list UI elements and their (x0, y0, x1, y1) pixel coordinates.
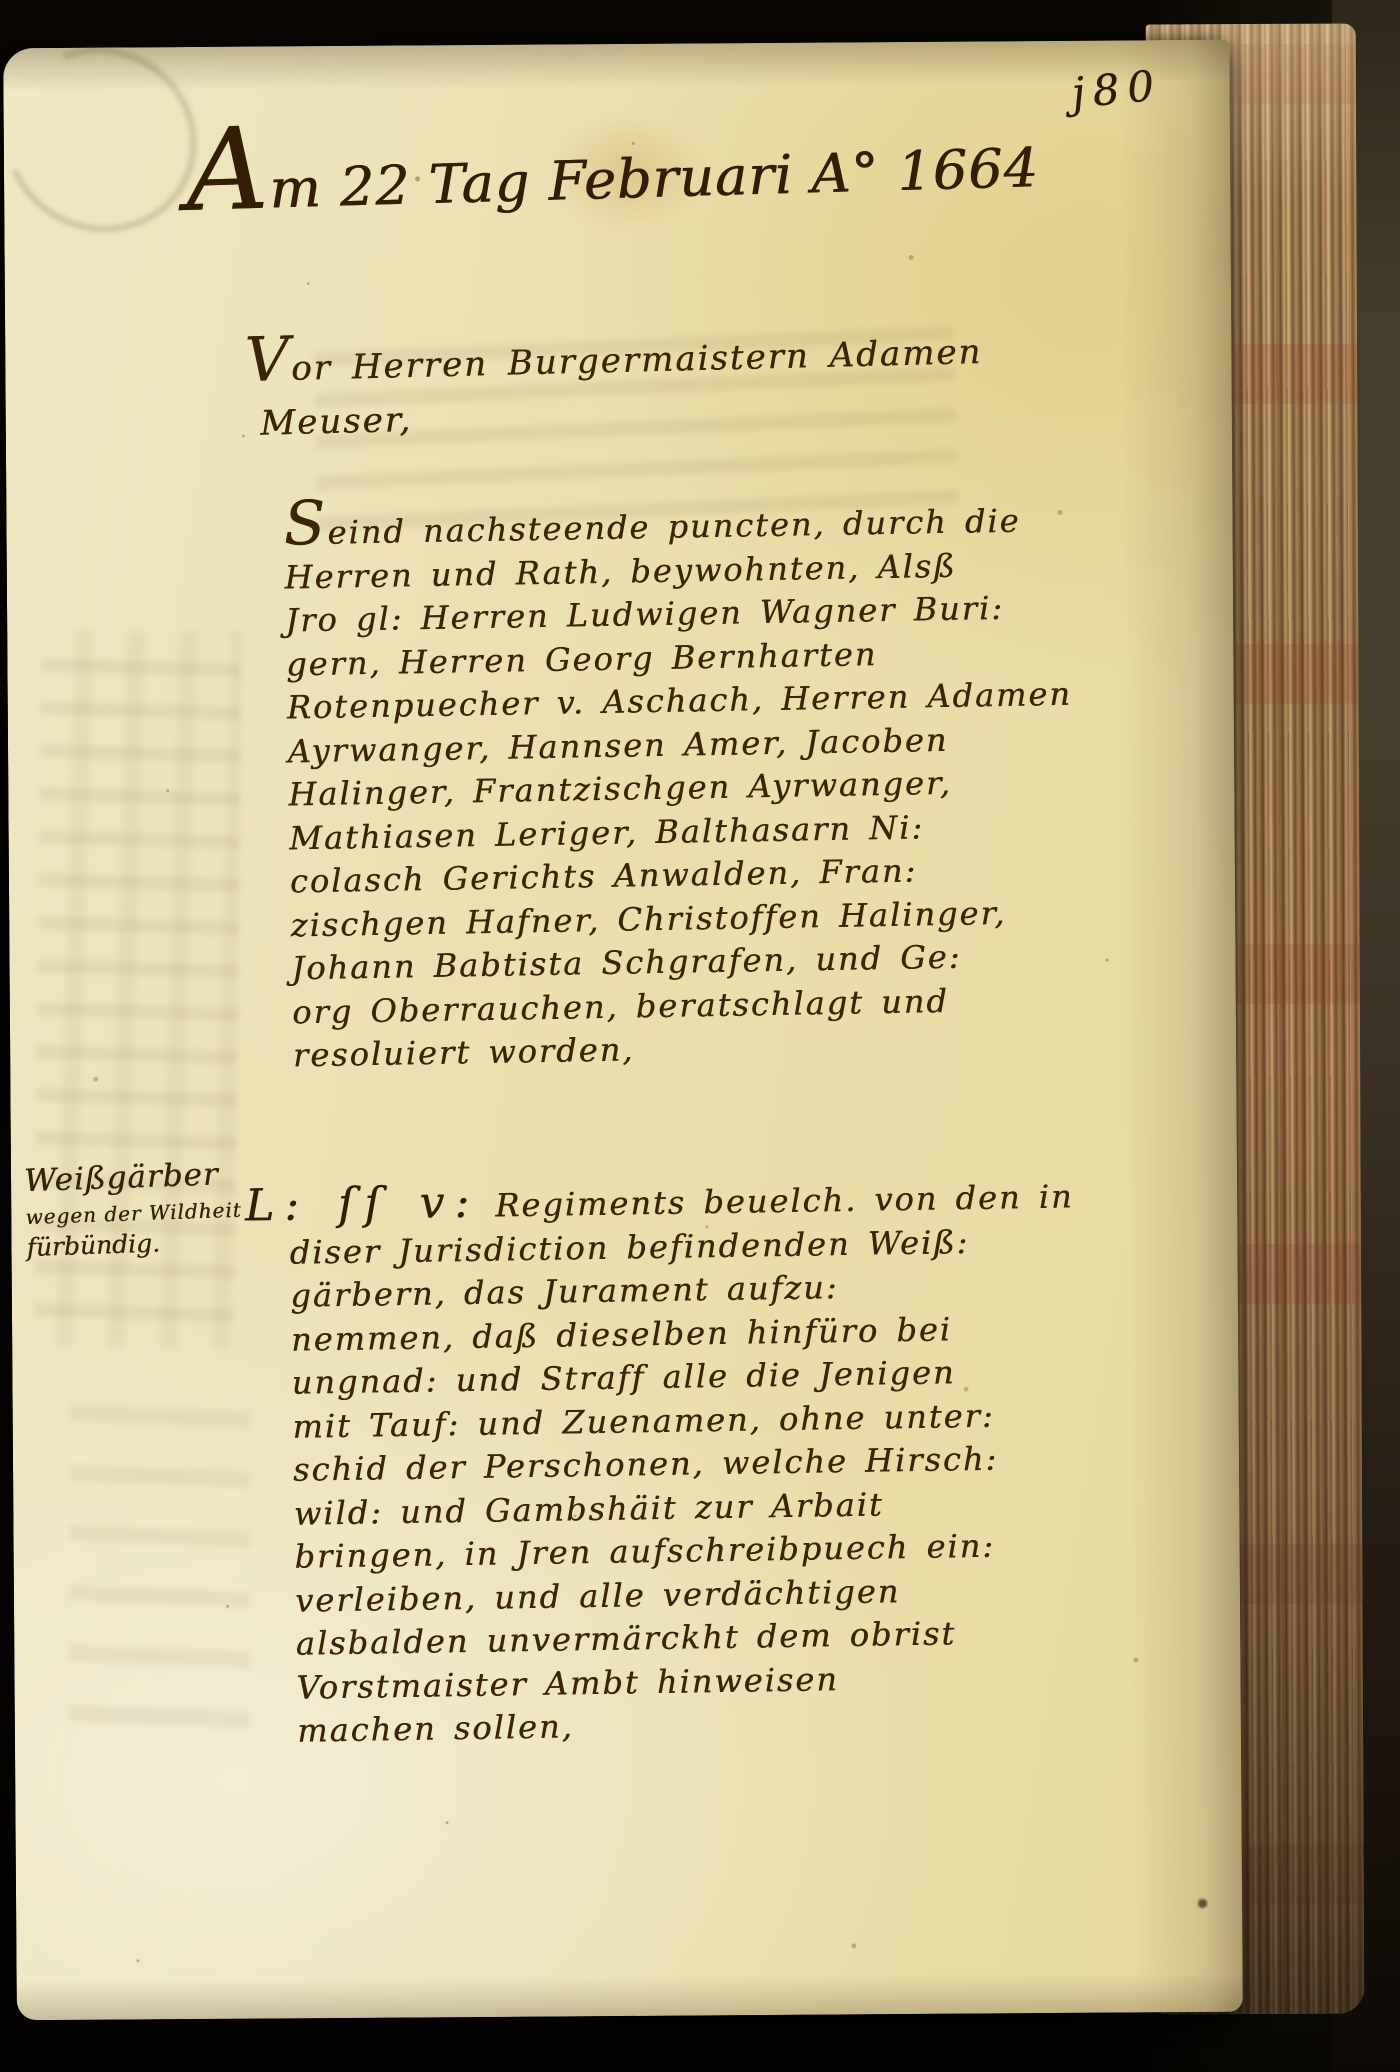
margin-note-line: wegen der Wildheit (25, 1198, 242, 1230)
margin-note: Weißgärber wegen der Wildheit fürbündig. (24, 1156, 244, 1262)
paper-speckles (3, 48, 6, 51)
resolution-paragraph: L: ſſ v:Regiments beuelch. von den in di… (289, 1171, 1082, 1753)
margin-note-line: fürbündig. (26, 1226, 243, 1263)
margin-note-line: Weißgärber (24, 1156, 241, 1200)
notary-flourish: L: ſſ v: (245, 1177, 480, 1232)
manuscript-scan: j80 Am 22 Tag Februari A° 1664 Vor Herre… (0, 0, 1400, 2072)
resolution-line-text: Regiments beuelch. von den in (495, 1177, 1074, 1224)
attendance-paragraph: Seind nachsteende puncten, durch die Her… (283, 495, 1078, 1078)
salutation: Vor Herren Burgermaistern Adamen Meuser, (244, 325, 984, 451)
ink-bleedthrough (69, 1373, 250, 1765)
date-heading: Am 22 Tag Februari A° 1664 (185, 116, 1040, 223)
folio-number: j80 (1069, 60, 1164, 117)
manuscript-page: j80 Am 22 Tag Februari A° 1664 Vor Herre… (3, 40, 1243, 2021)
